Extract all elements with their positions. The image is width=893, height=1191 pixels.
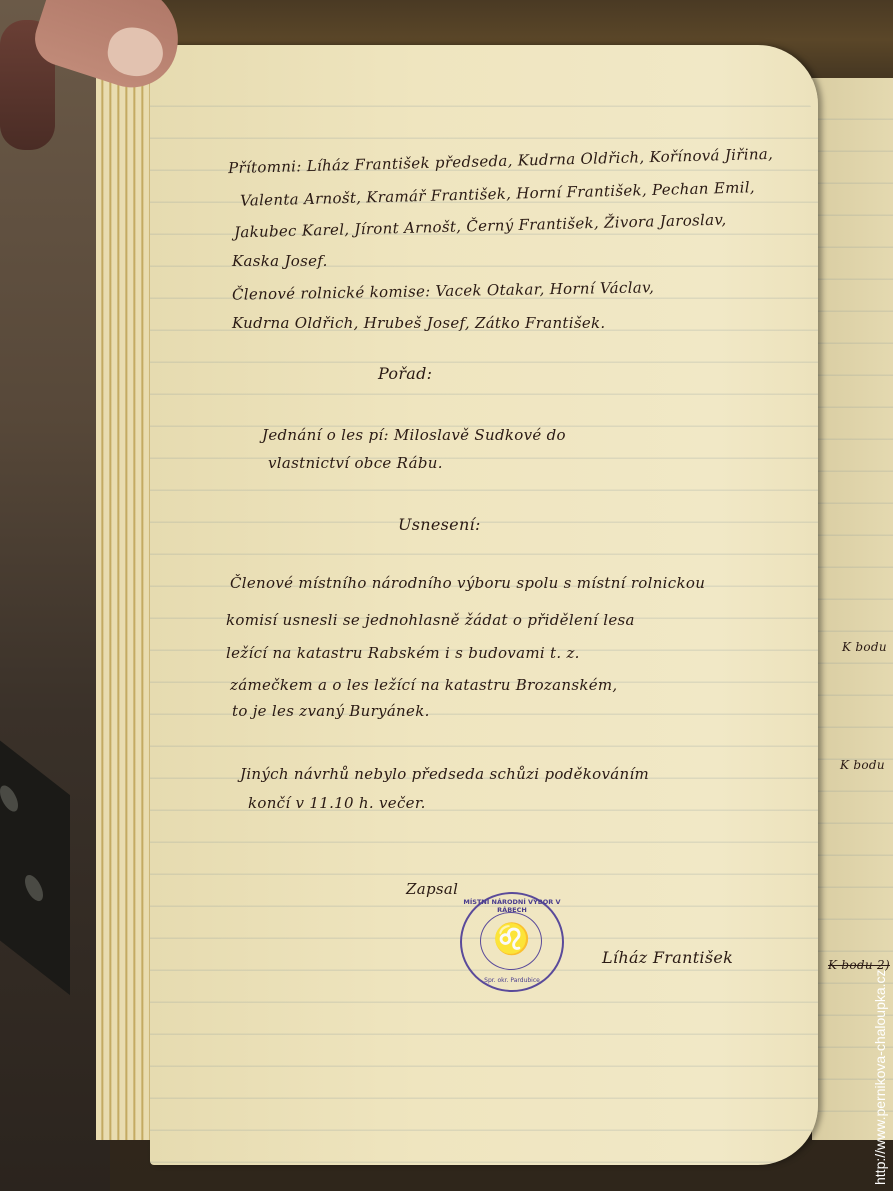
closing-line: Jiných návrhů nebylo předseda schůzi pod… (240, 765, 649, 783)
official-stamp: MÍSTNÍ NÁRODNÍ VÝBOR V RÁBECH ♌ Spr. okr… (460, 892, 564, 992)
resolution-line: Členové místního národního výboru spolu … (230, 574, 705, 592)
resolution-line: komisí usnesli se jednohlasně žádat o př… (226, 611, 635, 629)
bracket-hole (0, 780, 18, 816)
resolution-line: zámečkem a o les ležící na katastru Broz… (230, 676, 617, 694)
stamp-bottom-text: Spr. okr. Pardubice (462, 977, 562, 984)
floor-background (0, 0, 110, 1191)
closing-line: končí v 11.10 h. večer. (248, 794, 426, 812)
lion-emblem-icon: ♌ (462, 920, 562, 960)
resolution-heading: Usnesení: (398, 515, 481, 534)
hand-holding-page (0, 0, 190, 160)
commission-line: Kudrna Oldřich, Hrubeš Josef, Zátko Fran… (232, 314, 606, 332)
attendees-line: Kaska Josef. (232, 252, 328, 270)
margin-note: K bodu (842, 640, 887, 654)
margin-note: K bodu (840, 758, 885, 772)
agenda-line: vlastnictví obce Rábu. (268, 454, 443, 472)
agenda-heading: Pořad: (378, 364, 432, 383)
recorder-label: Zapsal (406, 880, 458, 898)
bracket-hole (25, 870, 43, 906)
signature: Líház František (602, 948, 733, 967)
watermark-url: http://www.pernikova-chaloupka.cz (872, 969, 888, 1185)
agenda-line: Jednání o les pí: Miloslavě Sudkové do (262, 426, 566, 444)
resolution-line: to je les zvaný Buryánek. (232, 702, 430, 720)
resolution-line: ležící na katastru Rabském i s budovami … (226, 644, 580, 662)
